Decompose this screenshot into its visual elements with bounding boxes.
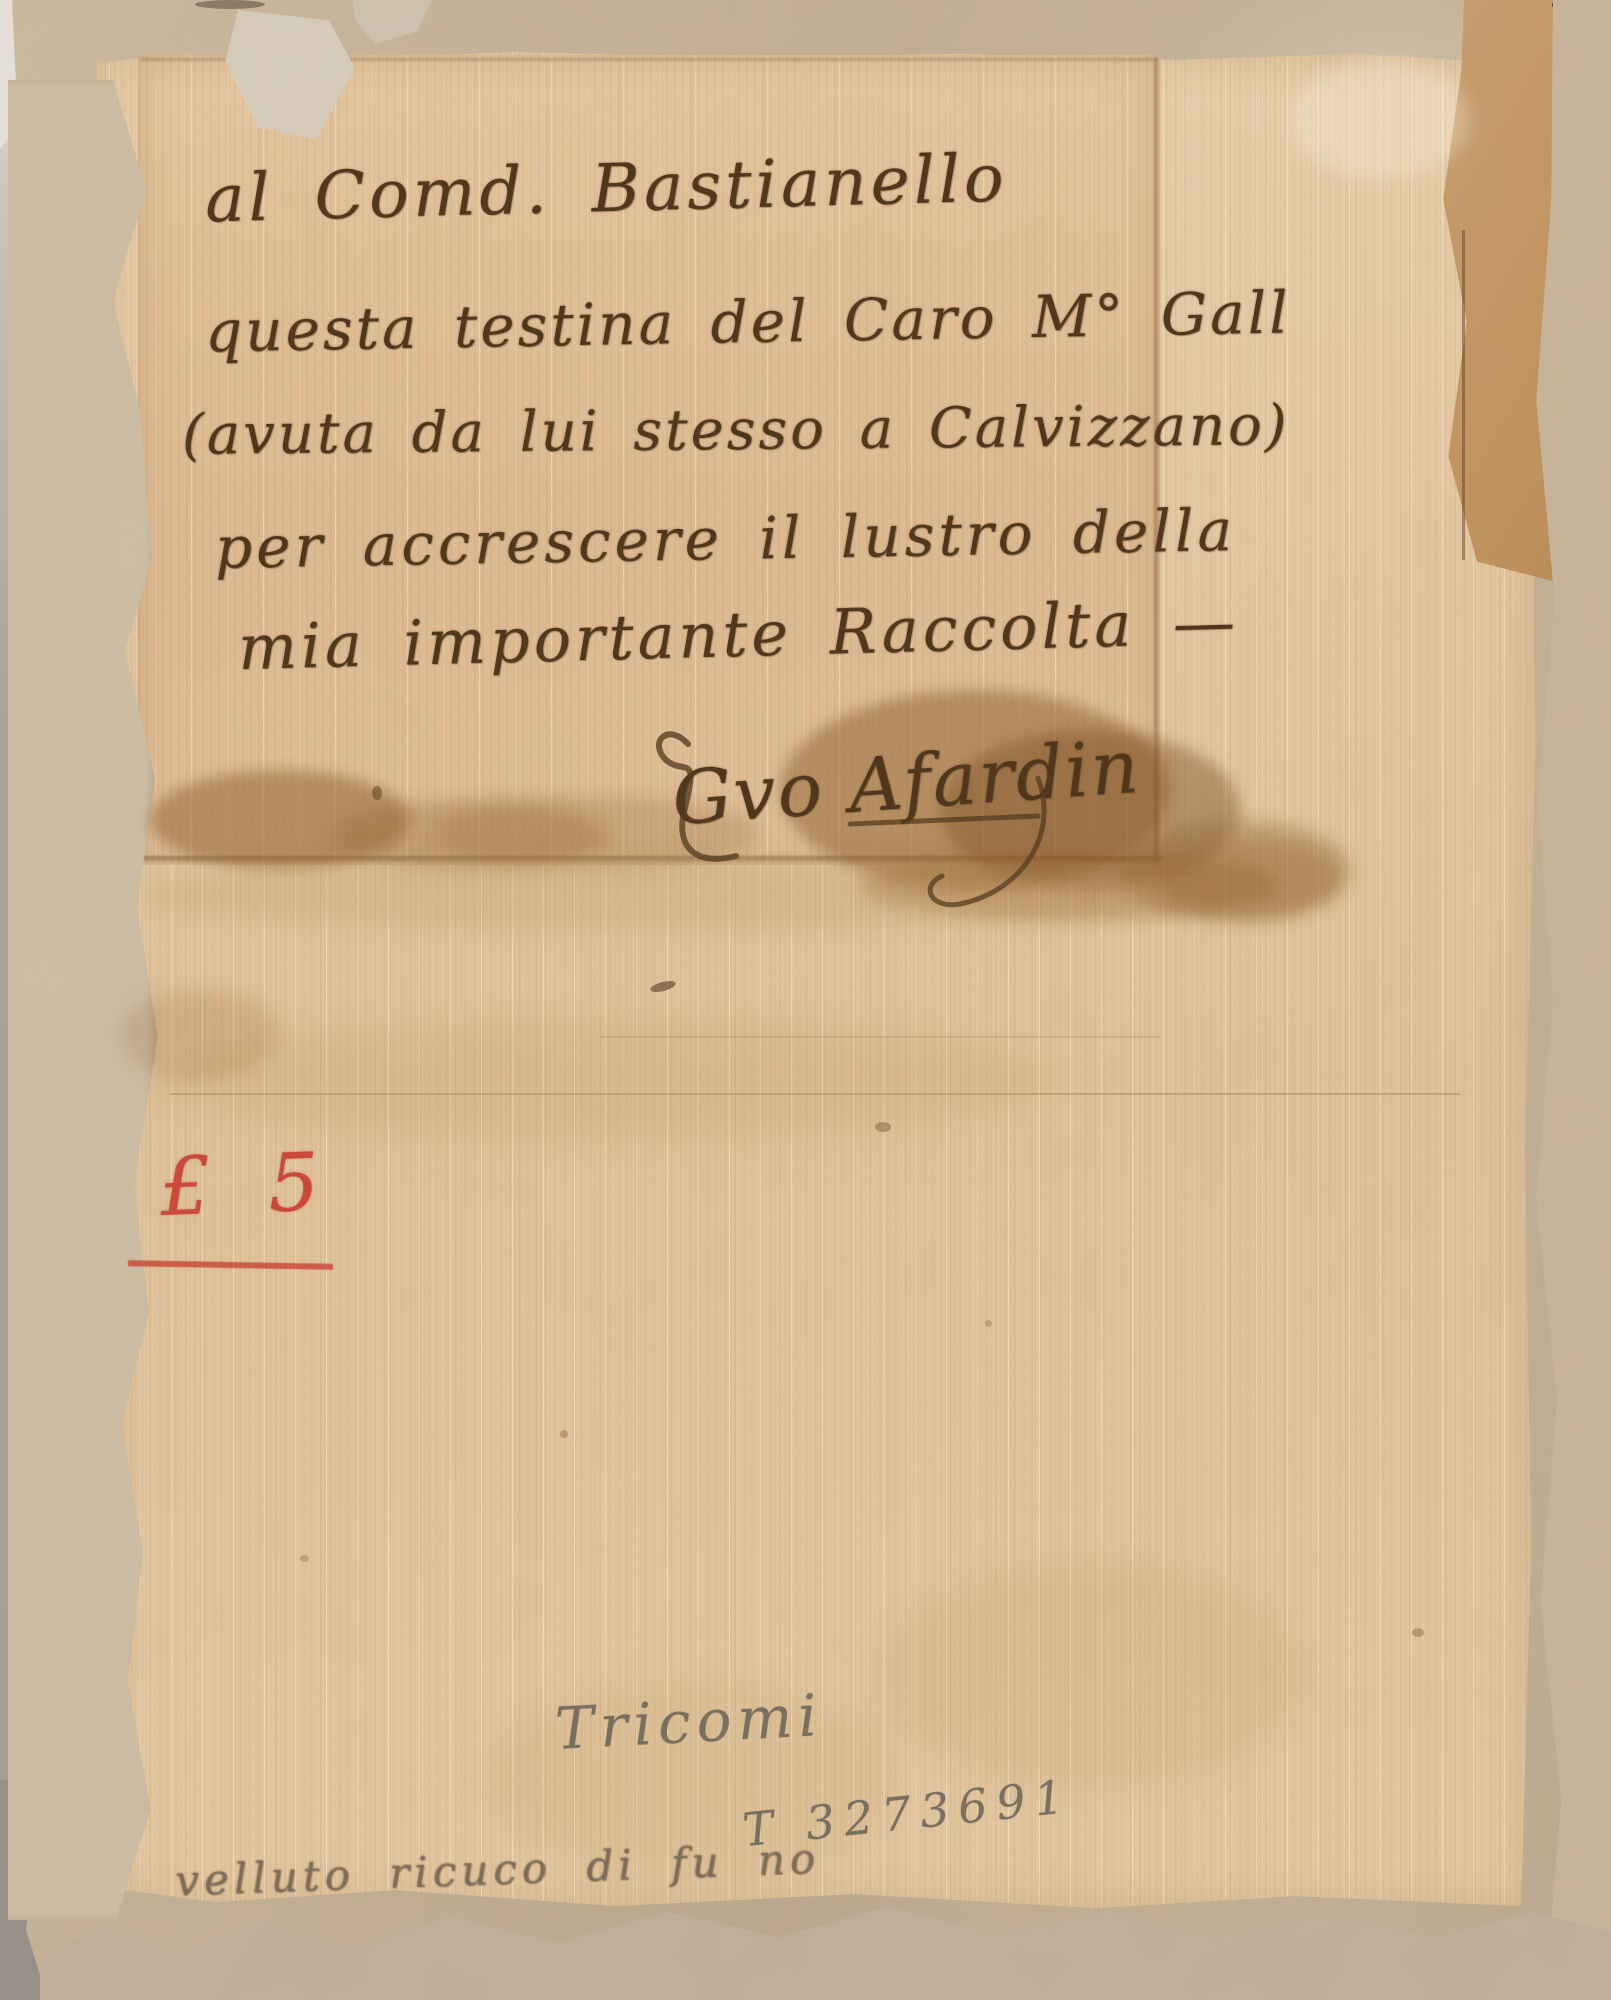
brown-paper-crease xyxy=(1462,230,1465,560)
red-price-mark: £ 5 xyxy=(158,1135,336,1234)
wood-speck xyxy=(560,1430,568,1438)
stain xyxy=(120,990,280,1080)
stain xyxy=(150,1020,1050,1140)
photo-of-panel-verso: al Comd. Bastianello questa testina del … xyxy=(0,0,1611,2000)
stain xyxy=(1160,840,1340,920)
dedication-line-3: (avuta da lui stesso a Calvizzano) xyxy=(182,393,1290,468)
wood-knot xyxy=(372,786,382,800)
wood-speck xyxy=(300,1555,309,1562)
stain xyxy=(880,1560,1300,1790)
wood-speck xyxy=(985,1320,992,1327)
wood-knot xyxy=(1412,1628,1424,1637)
wood-knot xyxy=(875,1122,891,1132)
edge-speck xyxy=(195,0,265,9)
pencil-inscription-name: Tricomi xyxy=(553,1681,824,1763)
stain xyxy=(1290,60,1470,180)
